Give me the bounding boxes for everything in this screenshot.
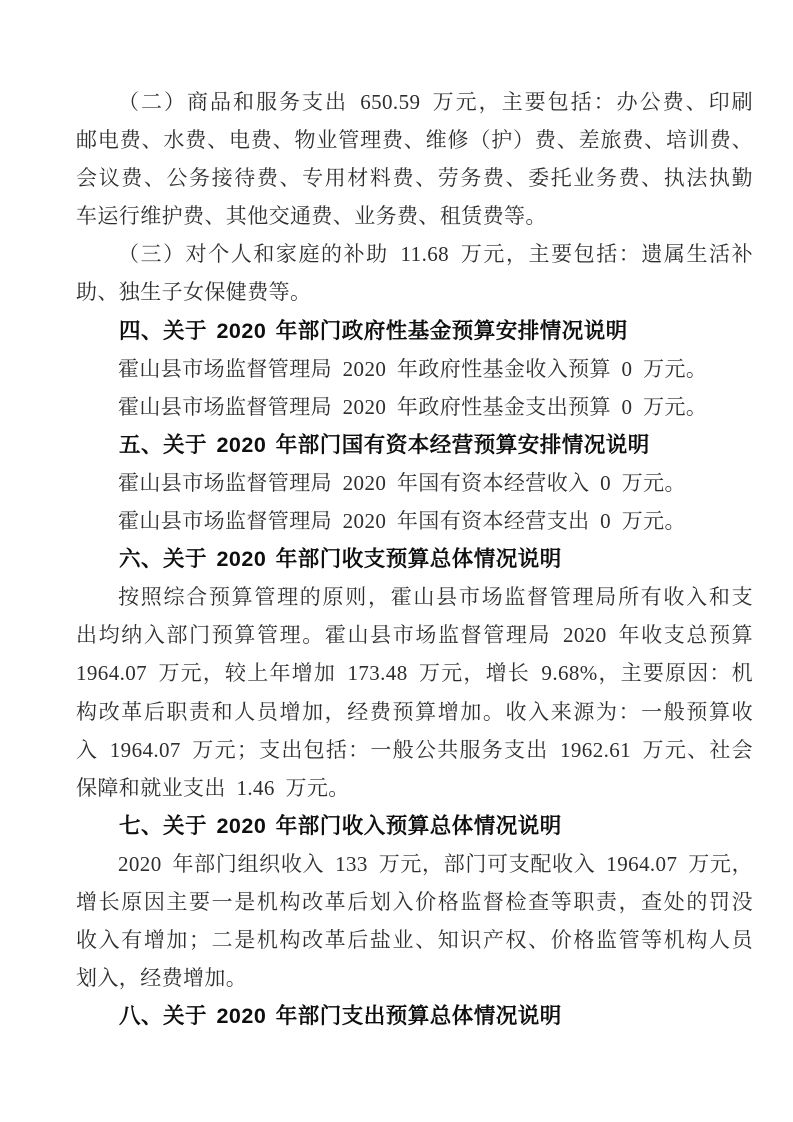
text-line: 霍山县市场监督管理局 2020 年政府性基金支出预算 0 万元。 [76,388,753,426]
text-line: 邮电费、水费、电费、物业管理费、维修（护）费、差旅费、培训费、 [76,121,753,159]
section-heading: 六、关于 2020 年部门收支预算总体情况说明 [76,540,753,578]
section-heading: 八、关于 2020 年部门支出预算总体情况说明 [76,997,753,1035]
text-line: 按照综合预算管理的原则，霍山县市场监督管理局所有收入和支 [76,578,753,616]
text-line: 车运行维护费、其他交通费、业务费、租赁费等。 [76,197,753,235]
text-line: 划入，经费增加。 [76,959,753,997]
text-line: 2020 年部门组织收入 133 万元，部门可支配收入 1964.07 万元， [76,845,753,883]
text-line: 1964.07 万元，较上年增加 173.48 万元，增长 9.68%，主要原因… [76,654,753,692]
text-line: （三）对个人和家庭的补助 11.68 万元，主要包括：遗属生活补 [76,235,753,273]
document-page: （二）商品和服务支出 650.59 万元，主要包括：办公费、印刷费、邮电费、水费… [0,0,793,1122]
document-body: （二）商品和服务支出 650.59 万元，主要包括：办公费、印刷费、邮电费、水费… [76,83,753,1035]
text-line: 霍山县市场监督管理局 2020 年政府性基金收入预算 0 万元。 [76,350,753,388]
text-line: 霍山县市场监督管理局 2020 年国有资本经营支出 0 万元。 [76,502,753,540]
text-line: 助、独生子女保健费等。 [76,273,753,311]
text-line: 构改革后职责和人员增加，经费预算增加。收入来源为：一般预算收 [76,693,753,731]
section-heading: 七、关于 2020 年部门收入预算总体情况说明 [76,807,753,845]
section-heading: 四、关于 2020 年部门政府性基金预算安排情况说明 [76,312,753,350]
text-line: 入 1964.07 万元；支出包括：一般公共服务支出 1962.61 万元、社会 [76,731,753,769]
text-line: 会议费、公务接待费、专用材料费、劳务费、委托业务费、执法执勤 [76,159,753,197]
text-line: 出均纳入部门预算管理。霍山县市场监督管理局 2020 年收支总预算 [76,616,753,654]
text-line: 收入有增加；二是机构改革后盐业、知识产权、价格监管等机构人员 [76,921,753,959]
text-line: 增长原因主要一是机构改革后划入价格监督检查等职责，查处的罚没 [76,883,753,921]
text-line: （二）商品和服务支出 650.59 万元，主要包括：办公费、印刷费、 [76,83,753,121]
text-line: 保障和就业支出 1.46 万元。 [76,769,753,807]
section-heading: 五、关于 2020 年部门国有资本经营预算安排情况说明 [76,426,753,464]
text-line: 霍山县市场监督管理局 2020 年国有资本经营收入 0 万元。 [76,464,753,502]
